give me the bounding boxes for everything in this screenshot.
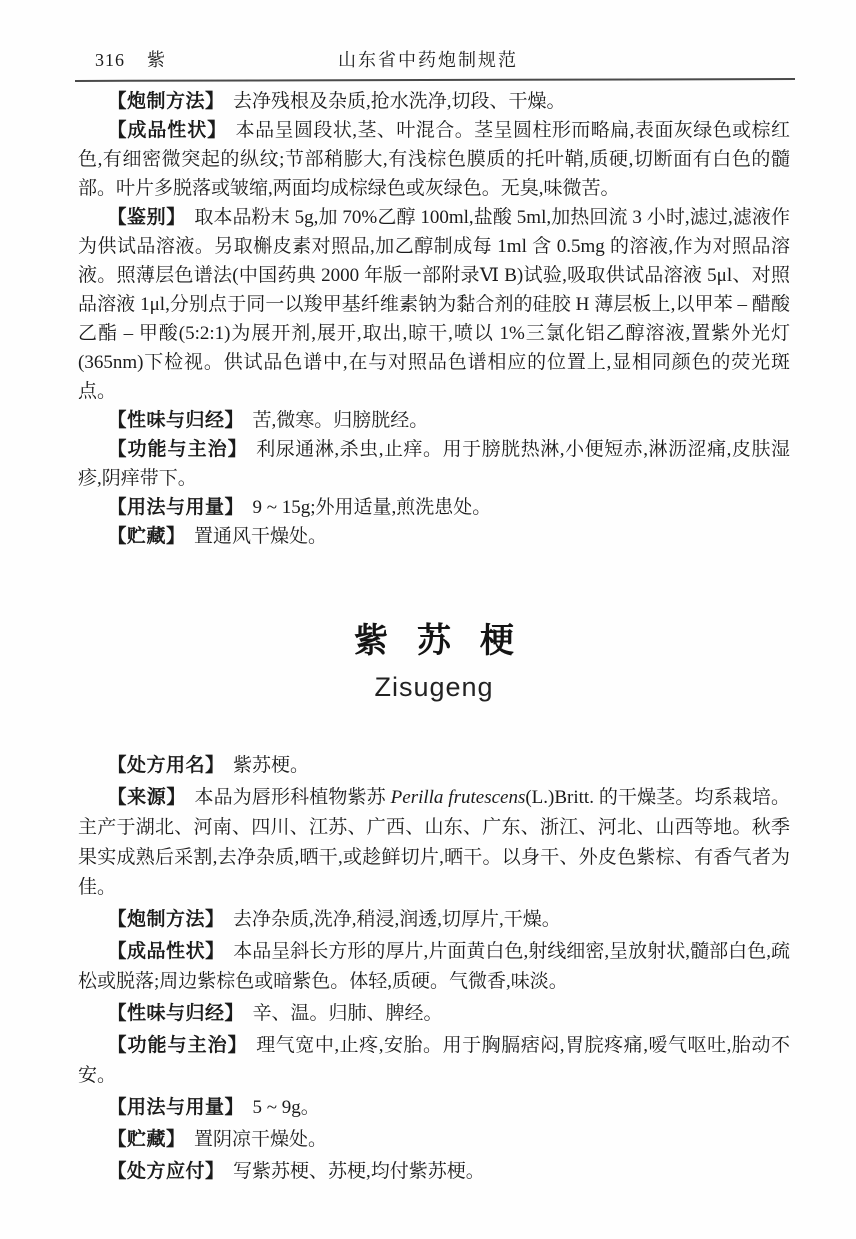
section-paragraph: 【功能与主治】理气宽中,止疼,安胎。用于胸膈痞闷,胃脘疼痛,嗳气呕吐,胎动不安。 xyxy=(78,1031,790,1091)
section-label: 【处方用名】 xyxy=(107,755,224,776)
section-paragraph: 【鉴别】取本品粉末 5g,加 70%乙醇 100ml,盐酸 5ml,加热回流 3… xyxy=(78,203,790,406)
section-label: 【处方应付】 xyxy=(107,1161,224,1182)
source-paragraph: 【来源】本品为唇形科植物紫苏 Perilla frutescens(L.)Bri… xyxy=(78,783,790,903)
section-paragraph: 【处方应付】写紫苏梗、苏梗,均付紫苏梗。 xyxy=(78,1157,790,1187)
page-content: 【炮制方法】去净残根及杂质,抢水洗净,切段、干燥。 【成品性状】本品呈圆段状,茎… xyxy=(78,70,790,1187)
section-paragraph: 【成品性状】本品呈圆段状,茎、叶混合。茎呈圆柱形而略扁,表面灰绿色或棕红色,有细… xyxy=(78,116,790,203)
section-label: 【功能与主治】 xyxy=(107,439,247,460)
page-header: 316紫 山东省中药炮制规范 xyxy=(0,0,856,70)
section-label: 【性味与归经】 xyxy=(107,1003,244,1024)
section-paragraph: 【性味与归经】苦,微寒。归膀胱经。 xyxy=(78,406,790,435)
chapter-word: 紫 xyxy=(147,50,166,70)
section-label: 【用法与用量】 xyxy=(107,1097,244,1118)
section-paragraph: 【功能与主治】利尿通淋,杀虫,止痒。用于膀胱热淋,小便短赤,淋沥涩痛,皮肤湿疹,… xyxy=(78,435,790,493)
section-label: 【来源】 xyxy=(107,787,186,808)
source-text-before: 本品为唇形科植物紫苏 xyxy=(195,787,391,808)
section-text: 置阴凉干燥处。 xyxy=(194,1129,327,1150)
section-text: 去净杂质,洗净,稍浸,润透,切厚片,干燥。 xyxy=(233,909,561,930)
section-paragraph: 【炮制方法】去净杂质,洗净,稍浸,润透,切厚片,干燥。 xyxy=(78,905,790,935)
section-label: 【炮制方法】 xyxy=(107,91,224,112)
section-label: 【炮制方法】 xyxy=(107,909,224,930)
scanned-book-page: 316紫 山东省中药炮制规范 【炮制方法】去净残根及杂质,抢水洗净,切段、干燥。… xyxy=(0,0,856,1239)
section-paragraph: 【用法与用量】9 ~ 15g;外用适量,煎洗患处。 xyxy=(78,493,790,522)
article-title-pinyin: Zisugeng xyxy=(78,670,790,704)
article-body: 【处方用名】紫苏梗。 【来源】本品为唇形科植物紫苏 Perilla frutes… xyxy=(78,751,790,1187)
section-text: 苦,微寒。归膀胱经。 xyxy=(253,410,429,431)
section-label: 【用法与用量】 xyxy=(107,497,244,518)
section-paragraph: 【成品性状】本品呈斜长方形的厚片,片面黄白色,射线细密,呈放射状,髓部白色,疏松… xyxy=(78,937,790,997)
article-title-chinese: 紫苏梗 xyxy=(78,619,790,663)
previous-article-tail: 【炮制方法】去净残根及杂质,抢水洗净,切段、干燥。 【成品性状】本品呈圆段状,茎… xyxy=(78,87,790,551)
page-number: 316 xyxy=(95,50,125,70)
book-title: 山东省中药炮制规范 xyxy=(338,46,518,72)
section-text: 5 ~ 9g。 xyxy=(253,1097,320,1118)
section-paragraph: 【炮制方法】去净残根及杂质,抢水洗净,切段、干燥。 xyxy=(78,87,790,116)
section-label: 【功能与主治】 xyxy=(107,1035,247,1056)
section-paragraph: 【处方用名】紫苏梗。 xyxy=(78,751,790,781)
section-label: 【成品性状】 xyxy=(107,120,227,141)
section-label: 【贮藏】 xyxy=(107,1129,185,1150)
section-text: 9 ~ 15g;外用适量,煎洗患处。 xyxy=(253,497,492,518)
section-text: 紫苏梗。 xyxy=(233,755,309,776)
section-label: 【贮藏】 xyxy=(107,526,185,547)
section-text: 写紫苏梗、苏梗,均付紫苏梗。 xyxy=(233,1161,485,1182)
section-text: 取本品粉末 5g,加 70%乙醇 100ml,盐酸 5ml,加热回流 3 小时,… xyxy=(78,207,790,402)
section-paragraph: 【性味与归经】辛、温。归肺、脾经。 xyxy=(78,999,790,1029)
article-title-block: 紫苏梗 Zisugeng xyxy=(78,619,790,704)
section-label: 【性味与归经】 xyxy=(107,410,244,431)
section-paragraph: 【贮藏】置阴凉干燥处。 xyxy=(78,1125,790,1155)
folio: 316紫 xyxy=(95,46,166,72)
section-paragraph: 【贮藏】置通风干燥处。 xyxy=(78,522,790,551)
section-label: 【成品性状】 xyxy=(107,941,224,962)
section-text: 辛、温。归肺、脾经。 xyxy=(253,1003,443,1024)
section-label: 【鉴别】 xyxy=(107,207,185,228)
source-latin-name: Perilla frutescens xyxy=(391,787,526,808)
section-paragraph: 【用法与用量】5 ~ 9g。 xyxy=(78,1093,790,1123)
section-text: 置通风干燥处。 xyxy=(194,526,327,547)
section-text: 去净残根及杂质,抢水洗净,切段、干燥。 xyxy=(233,91,566,112)
